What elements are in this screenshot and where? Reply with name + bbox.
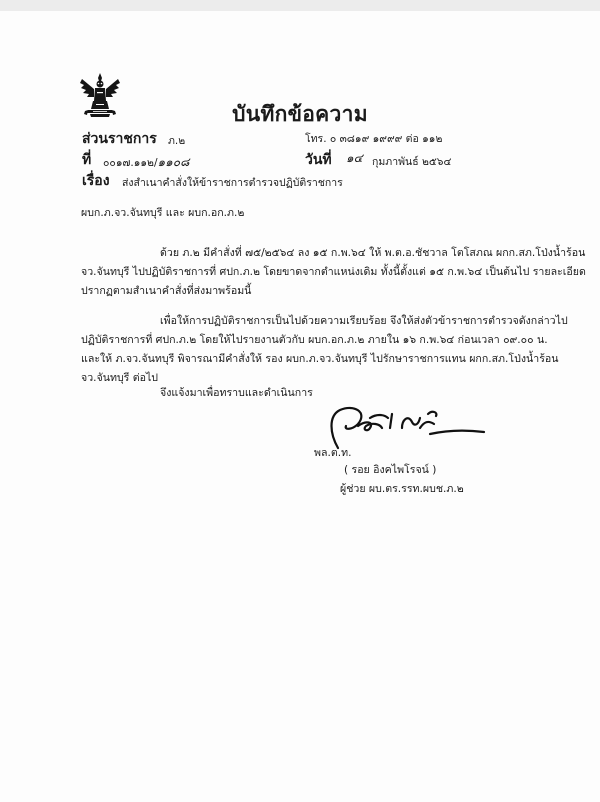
addressee: ผบก.ภ.จว.จันทบุรี และ ผบก.อก.ภ.๒ <box>81 204 244 221</box>
paragraph2-line1: เพื่อให้การปฏิบัติราชการเป็นไปด้วยความเร… <box>160 312 568 329</box>
paragraph1-line1: ด้วย ภ.๒ มีคำสั่งที่ ๗๕/๒๕๖๔ ลง ๑๕ ก.พ.๖… <box>160 244 585 261</box>
memo-title: บันทึกข้อความ <box>0 98 600 131</box>
paragraph2-line2: ปฏิบัติราชการที่ ศปก.ภ.๒ โดยให้ไปรายงานต… <box>81 331 548 348</box>
date-label: วันที่ <box>305 149 332 171</box>
ref-number: ๐๐๑๗.๑๑๒/๑๑๐๘ <box>103 153 189 172</box>
date-day-handwritten: ๑๔ <box>346 149 363 168</box>
ref-number-printed: ๐๐๑๗.๑๑๒/ <box>103 157 158 169</box>
date-month-year: กุมภาพันธ์ ๒๕๖๔ <box>372 153 451 170</box>
paragraph2-line4: จว.จันทบุรี ต่อไป <box>81 369 158 386</box>
top-band <box>0 0 600 11</box>
paragraph2-line3: และให้ ภ.จว.จันทบุรี พิจารณามีคำสั่งให้ … <box>81 350 558 367</box>
subject-label: เรื่อง <box>82 170 110 192</box>
paragraph1-line3: ปรากฏตามสำเนาคำสั่งที่ส่งมาพร้อมนี้ <box>81 282 251 299</box>
phone-number: โทร. ๐ ๓๘๑๙ ๑๙๙๙ ต่อ ๑๑๒ <box>305 130 442 147</box>
ref-label: ที่ <box>82 149 91 171</box>
paragraph1-line2: จว.จันทบุรี ไปปฏิบัติราชการที่ ศปก.ภ.๒ โ… <box>81 263 586 280</box>
agency-value: ภ.๒ <box>168 132 185 149</box>
signer-position: ผู้ช่วย ผบ.ตร.รรท.ผบช.ภ.๒ <box>340 480 464 497</box>
closing-line: จึงแจ้งมาเพื่อทราบและดำเนินการ <box>160 384 313 401</box>
subject-value: ส่งสำเนาคำสั่งให้ข้าราชการตำรวจปฏิบัติรา… <box>122 174 343 191</box>
signer-name: ( รอย อิงคไพโรจน์ ) <box>344 461 436 478</box>
signer-rank: พล.ต.ท. <box>314 444 351 461</box>
ref-number-handwritten: ๑๑๐๘ <box>158 155 190 169</box>
agency-label: ส่วนราชการ <box>82 128 157 150</box>
memo-page: บันทึกข้อความ ส่วนราชการ ภ.๒ โทร. ๐ ๓๘๑๙… <box>0 11 600 802</box>
